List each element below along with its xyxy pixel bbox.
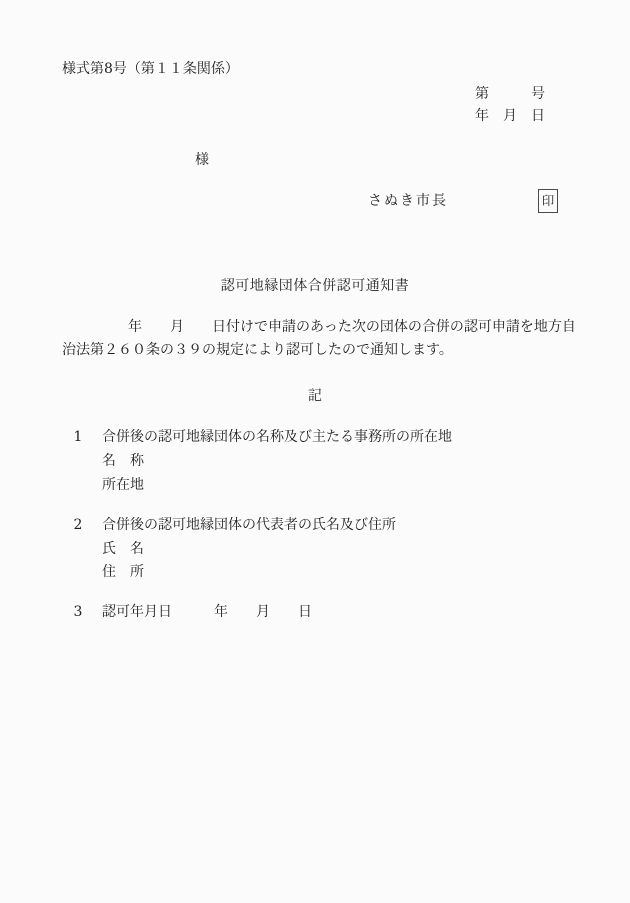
item-2-field-address-label: 住 所 (102, 564, 144, 581)
document-page: 様式第8号（第１１条関係） 第 号 年 月 日 様 さぬき市長 印 認可地縁団体… (0, 0, 630, 903)
item-2-number: 2 (71, 517, 85, 534)
item-3-number: 3 (71, 604, 85, 621)
item-1-field-name-label: 名 称 (102, 453, 144, 470)
seal-box: 印 (538, 189, 558, 213)
addressee-suffix: 様 (195, 152, 209, 169)
item-2-heading: 合併後の認可地縁団体の代表者の氏名及び住所 (102, 517, 396, 534)
issue-date-placeholder: 年 月 日 (475, 108, 545, 125)
sender-title: さぬき市長 (368, 193, 448, 210)
seal-mark: 印 (542, 195, 555, 208)
form-number: 様式第8号（第１１条関係） (62, 61, 239, 78)
body-paragraph-line2: 治法第２６０条の３９の規定により認可したので通知します。 (62, 342, 453, 359)
document-title: 認可地縁団体合併認可通知書 (0, 278, 630, 295)
item-3-heading-row: 認可年月日年 月 日 (102, 604, 312, 621)
doc-number-placeholder: 第 号 (475, 86, 545, 103)
record-marker: 記 (0, 388, 630, 405)
item-1-field-address-label: 所在地 (102, 477, 144, 494)
item-2-field-name-label: 氏 名 (102, 541, 144, 558)
item-1-heading: 合併後の認可地縁団体の名称及び主たる事務所の所在地 (102, 429, 452, 446)
item-3-heading: 認可年月日 (102, 604, 172, 620)
body-paragraph-line1: 年 月 日付けで申請のあった次の団体の合併の認可申請を地方自 (128, 319, 576, 336)
item-3-date-placeholder: 年 月 日 (214, 604, 312, 620)
item-1-number: 1 (71, 429, 85, 446)
